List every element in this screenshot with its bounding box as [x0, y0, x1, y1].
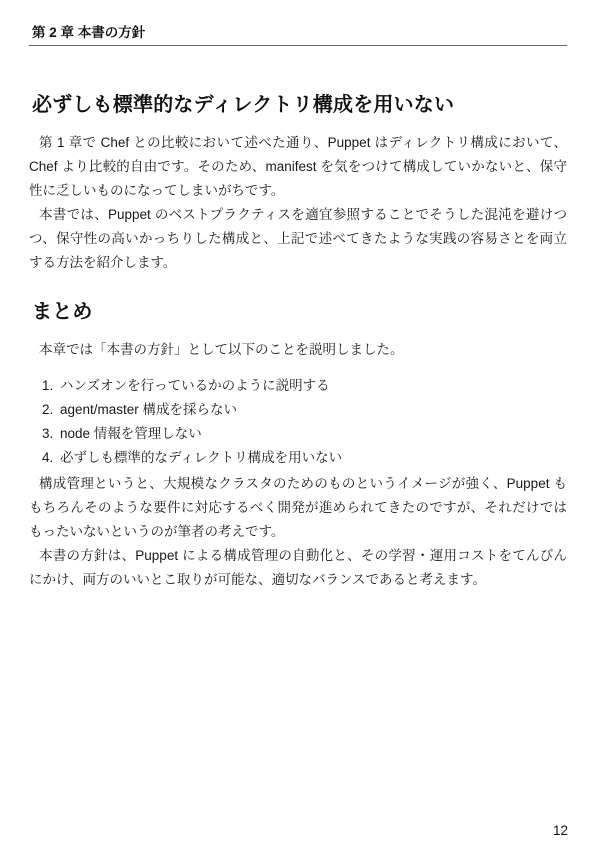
summary-intro: 本章では「本書の方針」として以下のことを説明しました。 — [29, 338, 567, 362]
chapter-header-text: 第 2 章 本書の方針 — [32, 24, 145, 42]
paragraph: 本書の方針は、Puppet による構成管理の自動化と、その学習・運用コストをてん… — [29, 544, 567, 592]
paragraph: 第 1 章で Chef との比較において述べた通り、Puppet はディレクトリ… — [29, 131, 567, 203]
paragraph: 構成管理というと、大規模なクラスタのためのものというイメージが強く、Puppet… — [29, 472, 567, 544]
list-item: 必ずしも標準的なディレクトリ構成を用いない — [57, 446, 567, 470]
page-number: 12 — [553, 824, 568, 838]
section-heading-summary: まとめ — [32, 300, 567, 324]
list-item: agent/master 構成を採らない — [57, 398, 567, 422]
list-item: node 情報を管理しない — [57, 422, 567, 446]
chapter-header: 第 2 章 本書の方針 — [29, 0, 567, 46]
summary-list: ハンズオンを行っているかのように説明する agent/master 構成を採らな… — [29, 374, 567, 470]
section-heading-directory: 必ずしも標準的なディレクトリ構成を用いない — [32, 93, 567, 117]
list-item: ハンズオンを行っているかのように説明する — [57, 374, 567, 398]
page-content: 第 2 章 本書の方針 必ずしも標準的なディレクトリ構成を用いない 第 1 章で… — [0, 0, 600, 592]
book-page: 第 2 章 本書の方針 必ずしも標準的なディレクトリ構成を用いない 第 1 章で… — [0, 0, 600, 848]
paragraph: 本書では、Puppet のベストプラクティスを適宜参照することでそうした混沌を避… — [29, 203, 567, 275]
